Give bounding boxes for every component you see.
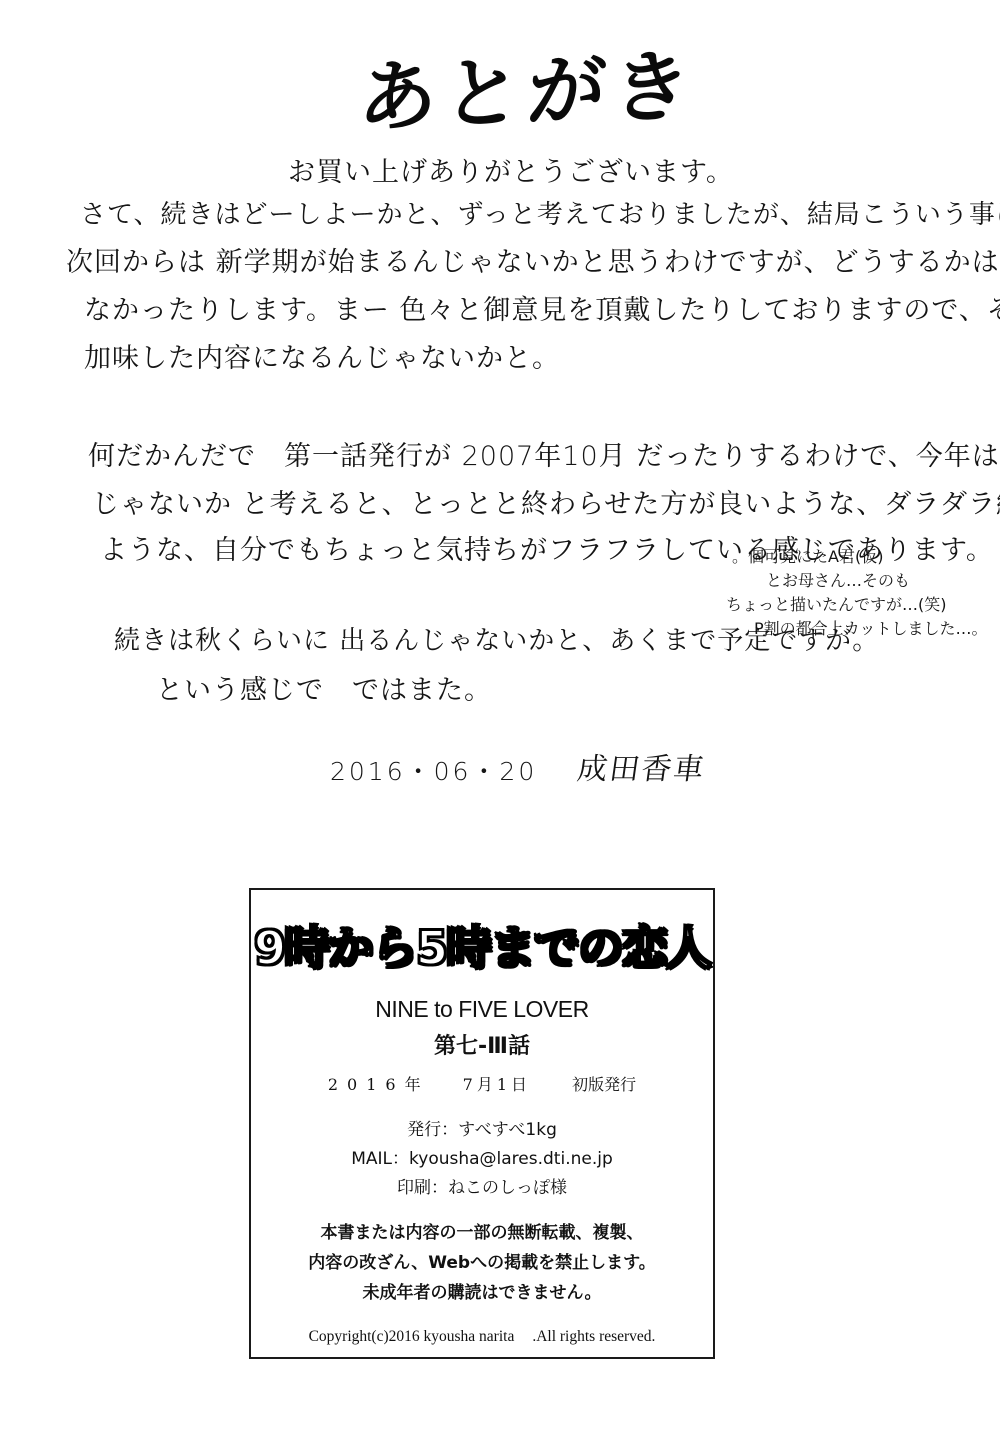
text-line: さて、続きはどーしよーかと、ずっと考えておりましたが、結局こういう事になりました…	[80, 194, 1000, 231]
printer: 印刷：ねこのしっぽ様	[251, 1174, 713, 1203]
afterword-date: 2016・06・20	[330, 752, 537, 788]
copyright-line: Copyright(c)2016 kyousha narita.All righ…	[251, 1328, 713, 1346]
text-line: じゃないか と考えると、とっとと終わらせた方が良いような、ダラダラ続けたい	[92, 482, 1000, 521]
text-line: 次回からは 新学期が始まるんじゃないかと思うわけですが、どうするかはロクに考えて	[66, 240, 1000, 279]
colophon-info: 発行：すべすべ1kg MAIL：kyousha@lares.dti.ne.jp …	[251, 1116, 713, 1203]
notice-line: 未成年者の購読はできません。	[251, 1278, 713, 1308]
colophon-publish-date: 2016年 7月1日 初版発行	[251, 1072, 713, 1095]
author-signature: 成田香車	[575, 744, 709, 788]
copyright-notice: 本書または内容の一部の無断転載、複製、 内容の改ざん、Webへの掲載を禁止します…	[251, 1218, 713, 1308]
notice-line: 内容の改ざん、Webへの掲載を禁止します。	[251, 1248, 713, 1278]
colophon-title-en: NINE to FIVE LOVER	[251, 996, 713, 1023]
colophon-title-jp: 9時から5時までの恋人	[251, 912, 713, 978]
publish-day: 7月1日	[463, 1072, 531, 1095]
publish-year: 2016年	[328, 1072, 430, 1095]
publish-edition: 初版発行	[572, 1072, 636, 1095]
publisher: 発行：すべすべ1kg	[251, 1116, 713, 1145]
text-line: なかったりします。まー 色々と御意見を頂戴したりしておりますので、そのへんを	[84, 288, 1000, 327]
colophon-episode: 第七-Ⅲ話	[251, 1029, 713, 1060]
side-note-line: ちょっと描いたんですが…(笑)	[726, 592, 947, 615]
colophon-box: 9時から5時までの恋人 NINE to FIVE LOVER 第七-Ⅲ話 201…	[249, 888, 715, 1359]
text-line: 続きは秋くらいに 出るんじゃないかと、あくまで予定ですが。	[114, 620, 879, 657]
afterword-heading: あとがき	[356, 24, 701, 148]
text-line: お買い上げありがとうございます。	[288, 150, 734, 189]
copyright-holder: Copyright(c)2016 kyousha narita	[309, 1328, 515, 1345]
text-line: という感じで ではまた。	[156, 668, 492, 707]
notice-line: 本書または内容の一部の無断転載、複製、	[251, 1218, 713, 1248]
side-note-line: とお母さん…そのも	[766, 568, 910, 591]
contact-mail: MAIL：kyousha@lares.dti.ne.jp	[251, 1145, 713, 1174]
copyright-rights: .All rights reserved.	[532, 1328, 655, 1345]
text-line: 加味した内容になるんじゃないかと。	[84, 336, 560, 375]
side-note-line: 。個可見にたA君(仮)	[732, 544, 883, 567]
text-line: 何だかんだで 第一話発行が 2007年10月 だったりするわけで、今年は 10周…	[88, 434, 1000, 473]
